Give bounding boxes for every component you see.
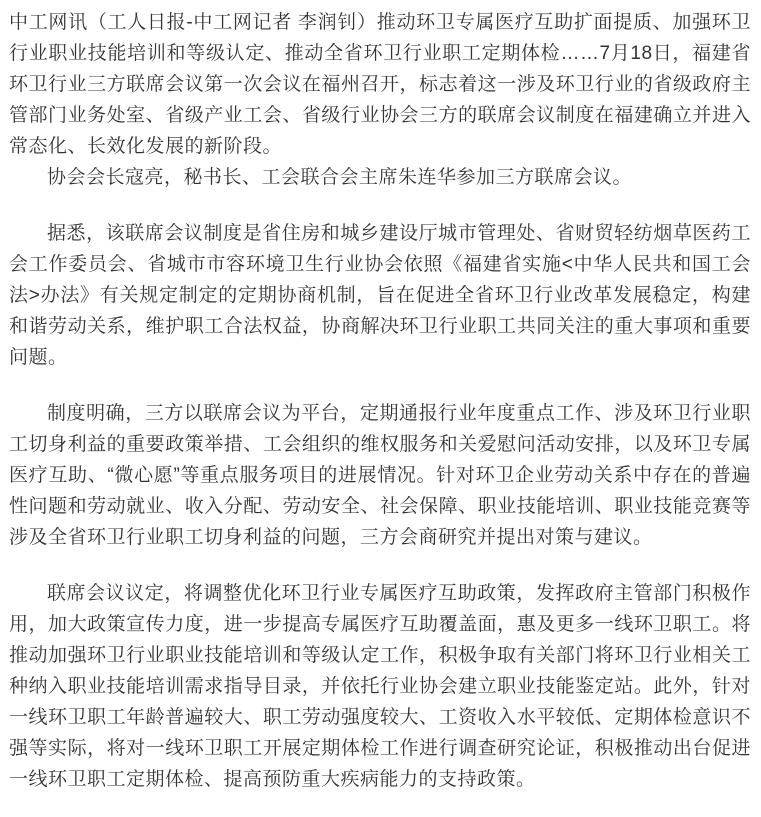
article-paragraph-lead: 中工网讯（工人日报-中工网记者 李润钊）推动环卫专属医疗互助扩面提质、加强环卫行… [9,7,751,162]
article-paragraph-mechanism: 据悉，该联席会议制度是省住房和城乡建设厅城市管理处、省财贸轻纺烟草医药工会工作委… [9,218,751,373]
article-paragraph-attendees: 协会会长寇亮，秘书长、工会联合会主席朱连华参加三方联席会议。 [9,162,751,193]
article-paragraph-decisions: 联席会议议定，将调整优化环卫行业专属医疗互助政策，发挥政府主管部门积极作用，加大… [9,578,751,795]
article-body: 中工网讯（工人日报-中工网记者 李润钊）推动环卫专属医疗互助扩面提质、加强环卫行… [0,0,761,817]
article-paragraph-system-details: 制度明确，三方以联席会议为平台，定期通报行业年度重点工作、涉及环卫行业职工切身利… [9,398,751,553]
